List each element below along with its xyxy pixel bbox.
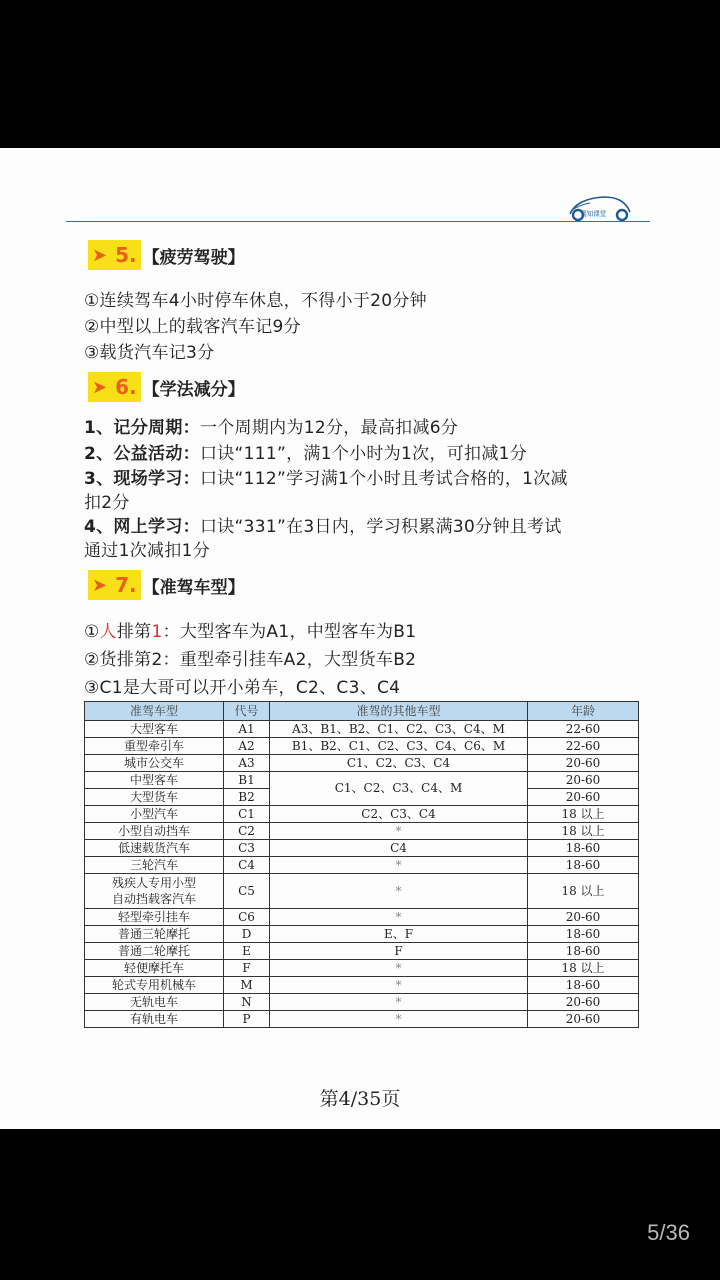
section-badge: ➤ 6. [88, 372, 141, 402]
table-row: 城市公交车A3C1、C2、C3、C420-60 [85, 755, 639, 772]
arrow-icon: ➤ [92, 245, 107, 266]
table-row: 小型汽车C1C2、C3、C418 以上 [85, 806, 639, 823]
section-7-line-1: ①人排第1：大型客车为A1，中型客车为B1 [84, 617, 416, 642]
section-7-line-3: ③C1是大哥可以开小弟车，C2、C3、C4 [84, 673, 400, 698]
table-row: 残疾人专用小型自动挡载客汽车C5*18 以上 [85, 874, 639, 909]
table-row: 有轨电车P*20-60 [85, 1011, 639, 1028]
section-7-heading: ➤ 7. 【准驾车型】 [88, 570, 245, 600]
col-header-type: 准驾车型 [85, 702, 224, 721]
section-6-item-2: 2、公益活动：口诀“111”，满1个小时为1次，可扣减1分 [84, 439, 527, 464]
section-6-item-1: 1、记分周期：一个周期内为12分，最高扣减6分 [84, 413, 458, 438]
section-6-item-4: 4、网上学习：口诀“331”在3日内，学习积累满30分钟且考试 [84, 512, 562, 537]
table-row: 大型客车A1A3、B1、B2、C1、C2、C3、C4、M22-60 [85, 721, 639, 738]
table-row: 中型客车B1C1、C2、C3、C4、M20-60 [85, 772, 639, 789]
table-row: 无轨电车N*20-60 [85, 994, 639, 1011]
section-badge: ➤ 7. [88, 570, 141, 600]
section-6-heading: ➤ 6. 【学法减分】 [88, 372, 245, 402]
col-header-age: 年龄 [528, 702, 639, 721]
table-row: 普通二轮摩托EF18-60 [85, 943, 639, 960]
table-row: 轻型牵引挂车C6*20-60 [85, 909, 639, 926]
table-row: 普通三轮摩托DE、F18-60 [85, 926, 639, 943]
section-5-line-3: ③载货汽车记3分 [84, 338, 214, 363]
header-rule [66, 221, 650, 222]
section-badge: ➤ 5. [88, 240, 141, 270]
page-footer-number: 第4/35页 [0, 1084, 720, 1111]
table-row: 轮式专用机械车M*18-60 [85, 977, 639, 994]
table-row: 小型自动挡车C2*18 以上 [85, 823, 639, 840]
document-page: 驾知课堂 ➤ 5. 【疲劳驾驶】 ①连续驾车4小时停车休息，不得小于20分钟 ②… [0, 148, 720, 1129]
section-5-line-1: ①连续驾车4小时停车休息，不得小于20分钟 [84, 286, 427, 311]
viewer-page-counter: 5/36 [647, 1220, 690, 1246]
license-class-table: 准驾车型 代号 准驾的其他车型 年龄 大型客车A1A3、B1、B2、C1、C2、… [84, 701, 639, 1028]
arrow-icon: ➤ [92, 575, 107, 596]
section-5-heading: ➤ 5. 【疲劳驾驶】 [88, 240, 245, 270]
section-5-line-2: ②中型以上的载客汽车记9分 [84, 312, 301, 337]
arrow-icon: ➤ [92, 377, 107, 398]
table-row: 低速载货汽车C3C418-60 [85, 840, 639, 857]
section-6-item-4-cont: 通过1次减扣1分 [84, 536, 210, 561]
table-row: 轻便摩托车F*18 以上 [85, 960, 639, 977]
table-header-row: 准驾车型 代号 准驾的其他车型 年龄 [85, 702, 639, 721]
section-7-line-2: ②货排第2：重型牵引挂车A2，大型货车B2 [84, 645, 416, 670]
section-6-item-3: 3、现场学习：口诀“112”学习满1个小时且考试合格的，1次减 [84, 464, 568, 489]
section-6-item-3-cont: 扣2分 [84, 488, 130, 513]
col-header-others: 准驾的其他车型 [270, 702, 528, 721]
col-header-code: 代号 [224, 702, 270, 721]
logo-text: 驾知课堂 [580, 209, 606, 219]
table-row: 重型牵引车A2B1、B2、C1、C2、C3、C4、C6、M22-60 [85, 738, 639, 755]
table-row: 三轮汽车C4*18-60 [85, 857, 639, 874]
